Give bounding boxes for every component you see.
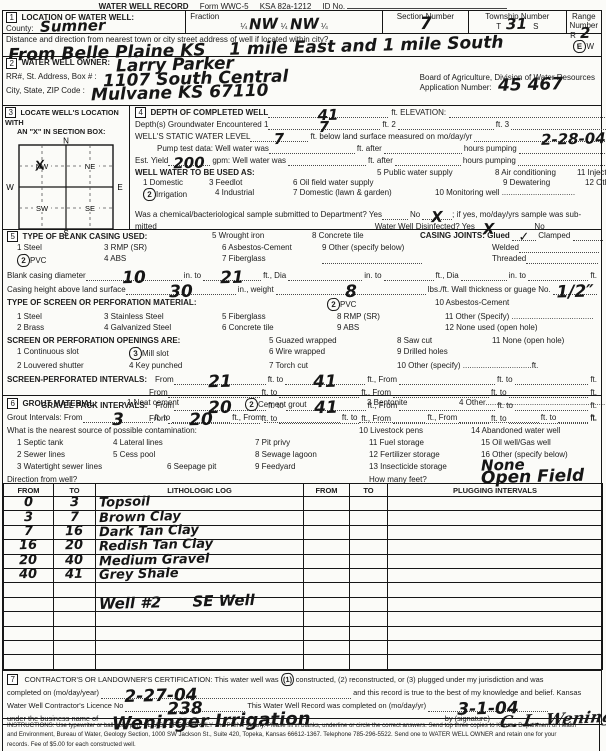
cement-circled-number: 2 [245, 398, 259, 412]
compass-n: N [63, 137, 69, 146]
screen-option-rmp[interactable]: 8 RMP (SR) [337, 312, 445, 322]
chem-sample-question: Was a chemical/bacteriological sample su… [135, 210, 382, 220]
table-row [4, 655, 603, 669]
table-row: 4041Grey Shale [4, 568, 603, 582]
gw2-label: ft. 2 [382, 120, 395, 130]
contam-option-livestock[interactable]: 10 Livestock pens [359, 426, 471, 436]
owner-city-label: City, State, ZIP Code : [6, 86, 85, 96]
openings-option-nonehole[interactable]: 11 None (open hole) [492, 336, 597, 346]
dia3-to-blank[interactable] [528, 272, 588, 281]
section-number-value[interactable]: 7 [419, 21, 431, 27]
grout-ftto2-label: ft. to [342, 413, 358, 423]
quarter-2: ¼ [281, 22, 288, 31]
table-row: 2040Medium Gravel [4, 554, 603, 568]
grout-to2-blank[interactable] [359, 414, 425, 423]
range-r: R [570, 31, 576, 40]
township-s: S [533, 22, 538, 31]
certification-line2-tail: and this record is true to the best of m… [353, 688, 581, 697]
chem-tail: ; if yes, mo/day/yrs sample was sub- [452, 210, 581, 220]
pump-pumping-label: hours pumping [464, 144, 517, 154]
threaded-blank[interactable] [526, 255, 598, 264]
contam-option-lagoon[interactable]: 8 Sewage lagoon [255, 450, 369, 460]
static-level-label: WELL'S STATIC WATER LEVEL [135, 132, 250, 142]
pump-gpm-blank[interactable] [519, 145, 606, 154]
section3-number: 3 [5, 107, 16, 118]
township-value[interactable]: 31 [505, 21, 526, 28]
yield-pumping-label: hours pumping [463, 156, 516, 166]
casing-option-abs[interactable]: 4 ABS [104, 254, 222, 267]
contam-option-seepage[interactable]: 6 Seepage pit [167, 462, 255, 473]
table-row [4, 583, 603, 597]
spi-to2-blank[interactable] [515, 376, 589, 385]
screen-option-concrete[interactable]: 6 Concrete tile [222, 323, 337, 333]
compass-w: W [6, 183, 14, 192]
grout-option-cement[interactable]: 2Cement grout [245, 398, 367, 411]
pump-test-label: Pump test data: Well water was [157, 144, 269, 154]
casing-option-other[interactable]: 9 Other (specify below) [322, 243, 430, 253]
screen-option-steel[interactable]: 1 Steel [17, 312, 104, 322]
use-option-injection[interactable]: 11 Injection well [577, 168, 606, 178]
section-certification: 7 CONTRACTOR'S OR LANDOWNER'S CERTIFICAT… [3, 670, 601, 724]
pump-depth-blank[interactable] [269, 145, 355, 154]
direction-from-well-label[interactable]: Direction from well? [7, 475, 369, 485]
openings-option-sawcut[interactable]: 8 Saw cut [397, 336, 492, 346]
gw1-value: 7 [268, 123, 380, 132]
table-row [4, 612, 603, 626]
table-row: 1620Redish Tan Clay [4, 540, 603, 554]
use-option-monitoring[interactable]: 10 Monitoring well .....................… [435, 188, 606, 201]
pump-hours-blank[interactable] [384, 145, 462, 154]
contam-option-abandoned[interactable]: 14 Abandoned water well [471, 426, 597, 436]
casing-joints-clamped-label[interactable]: Clamped [538, 231, 570, 240]
dia2-into: in. to [364, 271, 381, 281]
id-no-blank[interactable] [347, 0, 507, 9]
section7-number: 7 [7, 674, 18, 685]
grout-to-blank[interactable]: 20 [172, 414, 230, 423]
openings-option-drilled[interactable]: 9 Drilled holes [397, 347, 597, 360]
grout-ftto3-label: ft. to [541, 413, 557, 423]
openings-option-torch[interactable]: 7 Torch cut [269, 361, 397, 371]
openings-option-keypunched[interactable]: 4 Key punched [129, 361, 269, 371]
chem-no-blank[interactable]: X [422, 211, 452, 220]
compass-se[interactable]: SE [85, 204, 95, 213]
weight-value: 8 [276, 287, 426, 297]
screen-option-pvc[interactable]: 2PVC [327, 298, 435, 311]
height-value: 30 [126, 288, 236, 297]
litho-desc[interactable]: Redish Tan Clay [99, 542, 213, 551]
casing-option-pvc[interactable]: 2PVC [17, 254, 104, 267]
contam-option-lateral[interactable]: 4 Lateral lines [113, 438, 255, 448]
application-number-value[interactable]: 45 467 [498, 81, 563, 89]
height-tail: lbs./ft. Wall thickness or guage No. [428, 285, 551, 295]
screen-option-galvanized[interactable]: 4 Galvanized Steel [104, 323, 222, 333]
quarter-3: ¼ [321, 22, 328, 31]
grout-title: GROUT MATERIAL: [22, 399, 97, 408]
spi-end-ft: ft. [590, 375, 597, 385]
litho-header-from2: FROM [304, 484, 350, 497]
casing-option-asbestos[interactable]: 6 Asbestos-Cement [222, 243, 322, 253]
use-title: WELL WATER TO BE USED AS: [135, 168, 377, 178]
clamped-blank[interactable] [573, 232, 603, 241]
casing-joints-glued-label[interactable]: CASING JOINTS: Glued [420, 231, 510, 240]
grout-to-value: 20 [172, 416, 230, 424]
chem-yes-blank[interactable] [382, 211, 408, 220]
casing-other-blank[interactable] [322, 255, 422, 264]
lithologic-log-table: FROM TO LITHOLOGIC LOG FROM TO PLUGGING … [3, 483, 603, 670]
section-grout: 6GROUT MATERIAL: 1 Neat cement 2Cement g… [3, 395, 601, 483]
water-well-record-form: WATER WELL RECORD Form WWC-5 KSA 82a-121… [0, 0, 606, 751]
weight-blank[interactable]: 8 [276, 286, 426, 295]
millslot-label: Mill slot [142, 349, 169, 358]
section6-number: 6 [7, 398, 18, 409]
depth-tail: ft. ELEVATION: [391, 108, 446, 118]
table-row: 37Brown Clay [4, 511, 603, 525]
litho-desc[interactable]: Medium Gravel [99, 556, 210, 565]
diameter-to-blank[interactable]: 21 [203, 272, 261, 281]
yield-mid: gpm: Well water was [212, 156, 286, 166]
openings-option-other[interactable]: 10 Other (specify) .....................… [397, 361, 597, 371]
screen-pvc-circled-number: 2 [327, 298, 341, 312]
cement-label: Cement grout [258, 400, 306, 409]
spi-ftto2-label: ft. to [497, 375, 513, 385]
static-level-blank[interactable]: 7 [250, 133, 308, 142]
dia3-blank[interactable] [461, 272, 507, 281]
constructed-circled[interactable]: (1) [280, 672, 294, 686]
screen-option-abs[interactable]: 9 ABS [337, 323, 445, 333]
gauge-value: 1/2″ [553, 288, 597, 295]
instructions-line1: INSTRUCTIONS: Use typewriter or ball poi… [7, 721, 595, 730]
grout-intervals-label: Grout Intervals: From [7, 413, 83, 423]
yield-value: 200 [168, 159, 210, 166]
glued-blank[interactable]: ✓ [512, 232, 536, 241]
grout-from3-blank[interactable] [459, 414, 539, 423]
casing-option-concrete[interactable]: 8 Concrete tile [312, 231, 420, 242]
spi-from-value: 21 [174, 378, 266, 386]
county-value[interactable]: Sumner [40, 22, 106, 30]
gw1-blank[interactable]: 7 [268, 121, 380, 130]
yield-after-label: ft. after [368, 156, 393, 166]
dia3-ftdia: ft., Dia [436, 271, 459, 281]
groundwater-label: Depth(s) Groundwater Encountered [135, 120, 262, 130]
contam-option-sewer[interactable]: 2 Sewer lines [17, 450, 113, 460]
diameter-ftdia: ft., Dia [263, 271, 286, 281]
casing-diameter-label: Blank casing diameter [7, 271, 86, 281]
section4-number: 4 [135, 107, 146, 118]
use-option-public[interactable]: 5 Public water supply [377, 168, 495, 178]
casing-height-label: Casing height above land surface [7, 285, 126, 295]
depth-blank[interactable]: 41 [268, 109, 388, 118]
height-blank[interactable]: 30 [126, 286, 236, 295]
screen-option-none[interactable]: 12 None used (open hole) [445, 323, 597, 333]
contam-option-cesspool[interactable]: 5 Cess pool [113, 450, 255, 460]
range-west[interactable]: W [586, 42, 594, 51]
pvc-circled-number: 2 [17, 254, 31, 268]
instructions-line2: and Environment, Bureau of Water, Geolog… [7, 730, 595, 739]
pump-after-label: ft. after [357, 144, 382, 154]
table-row [4, 640, 603, 654]
yield-blank[interactable]: 200 [168, 157, 210, 166]
litho-to[interactable]: 40 [65, 558, 83, 564]
spi-to-blank[interactable]: 41 [285, 376, 365, 385]
use-option-dewatering[interactable]: 9 Dewatering [503, 178, 585, 188]
grout-ftfrom2-label: ft., From [427, 413, 457, 423]
openings-option-louvered[interactable]: 2 Louvered shutter [17, 361, 129, 371]
contam-option-septic[interactable]: 1 Septic tank [17, 438, 113, 448]
use-option-other[interactable]: 12 Other (Specify below) [585, 178, 606, 188]
chem-no-x: X [422, 214, 452, 221]
litho-from[interactable]: 20 [19, 558, 37, 564]
litho-from[interactable]: 40 [19, 572, 37, 578]
section-well-details: 3LOCATE WELL'S LOCATION WITH AN "X" IN S… [3, 105, 601, 229]
litho-to[interactable]: 7 [70, 514, 79, 520]
section-casing: 5TYPE OF BLANK CASING USED: 5 Wrought ir… [3, 229, 601, 395]
well-depth-panel: 4 DEPTH OF COMPLETED WELL 41 ft. ELEVATI… [130, 106, 606, 229]
section-box-title-2: AN "X" IN SECTION BOX: [17, 127, 105, 136]
open-field-value[interactable]: Open Field [481, 473, 584, 482]
millslot-circled-number: 3 [129, 347, 143, 361]
dia2-blank[interactable] [288, 272, 362, 281]
form-body: 1LOCATION OF WATER WELL: County: Sumner … [2, 10, 602, 725]
static-date-value: 2-28-04 [474, 133, 606, 144]
compass-e: E [117, 183, 122, 192]
litho-to[interactable]: 20 [65, 543, 83, 549]
openings-option-continuous[interactable]: 1 Continuous slot [17, 347, 129, 360]
yield-depth-blank[interactable] [288, 157, 366, 166]
contam-option-oilgas[interactable]: 15 Oil well/Gas well [481, 438, 597, 448]
diameter-to-value: 21 [203, 274, 261, 282]
litho-from[interactable]: 3 [24, 514, 33, 520]
gw2-blank[interactable] [398, 121, 494, 130]
static-date-blank[interactable]: 2-28-04 [474, 133, 606, 142]
table-row: Well #2 SE Well [4, 597, 603, 611]
litho-to[interactable]: 41 [65, 572, 83, 578]
litho-desc[interactable]: Brown Clay [99, 514, 181, 522]
contam-option-pitprivy[interactable]: 7 Pit privy [255, 438, 369, 448]
yield-gpm-blank[interactable] [518, 157, 606, 166]
openings-option-millslot[interactable]: 3Mill slot [129, 347, 269, 360]
township-t: T [496, 22, 501, 31]
screen-title: TYPE OF SCREEN OR PERFORATION MATERIAL: [7, 298, 327, 311]
quarter-1: ¼ [240, 22, 247, 31]
compass-ne[interactable]: NE [85, 162, 95, 171]
irrigation-label: Irrigation [156, 190, 187, 199]
contam-option-watertight[interactable]: 3 Watertight sewer lines [17, 462, 167, 473]
glued-check: ✓ [512, 235, 536, 242]
grout-from-value: 3 [83, 416, 153, 424]
casing-option-rmp[interactable]: 3 RMP (SR) [104, 243, 222, 253]
section-box-title-1: LOCATE WELL'S LOCATION WITH [5, 108, 119, 127]
application-number-label: Application Number: [420, 83, 492, 92]
section-owner: 2 WATER WELL OWNER: Larry Parker RR#, St… [3, 56, 601, 105]
litho-to[interactable]: 3 [70, 500, 79, 506]
county-label: County: [6, 24, 34, 33]
range-east-circled[interactable]: E [573, 40, 587, 54]
casing-option-steel[interactable]: 1 Steel [17, 243, 104, 253]
section1-number: 1 [6, 12, 17, 23]
grout-ftto-label: ft. to [155, 413, 171, 423]
openings-option-wire[interactable]: 6 Wire wrapped [269, 347, 397, 360]
elevation-blank[interactable] [449, 109, 606, 118]
contam-option-fuel[interactable]: 11 Fuel storage [369, 438, 481, 448]
litho-from[interactable]: 16 [19, 543, 37, 549]
gw3-label: ft. 3 [496, 120, 509, 130]
litho-header-to2: TO [350, 484, 388, 497]
screen-option-other[interactable]: 11 Other (Specify) .....................… [445, 312, 597, 322]
casing-joints-threaded-label[interactable]: Threaded [492, 254, 526, 263]
casing-option-fiberglass[interactable]: 7 Fiberglass [222, 254, 322, 267]
use-option-feedlot[interactable]: 3 Feedlot [209, 178, 293, 188]
screen-option-stainless[interactable]: 3 Stainless Steel [104, 312, 222, 322]
screen-option-brass[interactable]: 2 Brass [17, 323, 104, 333]
contam-option-fertilizer[interactable]: 12 Fertilizer storage [369, 450, 481, 460]
screen-perforated-label: SCREEN-PERFORATED INTERVALS: [7, 375, 147, 385]
casing-joints-row: CASING JOINTS: Glued ✓ Clamped [420, 231, 603, 242]
contam-option-feedyard[interactable]: 9 Feedyard [255, 462, 369, 473]
fraction-value-1[interactable]: NW [249, 21, 278, 28]
contamination-label: What is the nearest source of possible c… [7, 426, 359, 436]
how-many-feet-label[interactable]: How many feet? [369, 475, 481, 485]
fraction-label: Fraction [190, 12, 377, 21]
dia3-into: in. to [509, 271, 526, 281]
chem-no-label: No [410, 210, 420, 220]
grout-ftfrom-label: ft., From [232, 413, 262, 423]
owner-city-value[interactable]: Mulvane KS 67110 [91, 88, 269, 99]
diameter-blank[interactable]: 10 [86, 272, 182, 281]
grout-option-other[interactable]: 4 Other.................................… [459, 398, 606, 411]
dia2-to-blank[interactable] [384, 272, 434, 281]
litho-from[interactable]: 7 [24, 529, 33, 535]
welded-blank[interactable] [519, 244, 599, 253]
section2-number: 2 [6, 58, 17, 69]
litho-desc[interactable]: Dark Tan Clay [99, 528, 199, 537]
spi-from-blank[interactable]: 21 [174, 376, 266, 385]
instructions-footer: INSTRUCTIONS: Use typewriter or ball poi… [2, 718, 600, 751]
grout-end-ft: ft. [590, 413, 597, 423]
static-level-value: 7 [250, 135, 308, 143]
litho-desc[interactable]: Topsoil [99, 500, 150, 507]
use-option-oilfield[interactable]: 6 Oil field water supply [293, 178, 503, 188]
compass-sw[interactable]: SW [36, 204, 49, 213]
certification-line1: CONTRACTOR'S OR LANDOWNER'S CERTIFICATIO… [25, 675, 279, 684]
spi-from2-blank[interactable] [399, 376, 495, 385]
grout-from-blank[interactable]: 3 [83, 414, 153, 423]
pvc-label: PVC [30, 256, 46, 265]
diameter-into: in. to [184, 271, 201, 281]
casing-joints-welded-label[interactable]: Welded [492, 243, 519, 252]
litho-from[interactable]: 0 [24, 500, 33, 506]
grout-option-neat[interactable]: 1 Neat cement [127, 398, 245, 411]
table-row: 716Dark Tan Clay [4, 525, 603, 539]
instructions-line3: records. Fee of $5.00 for each construct… [7, 740, 595, 749]
casing-title: TYPE OF BLANK CASING USED: [22, 232, 147, 241]
fraction-value-2[interactable]: NW [290, 21, 319, 28]
range-value[interactable]: 2 [580, 30, 591, 36]
spi-ftfrom-label: ft., From [367, 375, 397, 385]
static-level-mid: ft. below land surface measured on mo/da… [310, 132, 472, 142]
owner-address-label: RR#, St. Address, Box # : [6, 72, 97, 82]
owner-title: WATER WELL OWNER: [21, 58, 110, 68]
openings-title: SCREEN OR PERFORATION OPENINGS ARE: [7, 336, 269, 346]
casing-option-wrought[interactable]: 5 Wrought iron [212, 231, 312, 242]
completed-on-blank[interactable]: 2-27-04 [101, 690, 351, 699]
depth-label: DEPTH OF COMPLETED WELL [150, 108, 268, 118]
use-option-irrigation[interactable]: 2Irrigation [143, 188, 215, 201]
litho-desc[interactable]: Grey Shale [99, 571, 179, 579]
well-note[interactable]: Well #2 SE Well [99, 597, 255, 607]
grout-from2-blank[interactable] [264, 414, 340, 423]
spi-to-value: 41 [285, 378, 365, 386]
table-row: 03Topsoil [4, 497, 603, 511]
table-row [4, 626, 603, 640]
yield-label: Est. Yield [135, 156, 168, 166]
certification-line1-mid: constructed, (2) reconstructed, or (3) p… [296, 675, 544, 684]
openings-option-guazed[interactable]: 5 Guazed wrapped [269, 336, 397, 346]
use-option-lawn[interactable]: 7 Domestic (lawn & garden) [293, 188, 435, 201]
litho-to[interactable]: 16 [65, 529, 83, 535]
section-compass-box[interactable]: N S W E NW NE SW SE X [5, 137, 127, 237]
section-location: 1LOCATION OF WATER WELL: County: Sumner … [3, 11, 601, 56]
gauge-blank[interactable]: 1/2″ [553, 286, 597, 295]
grout-option-bentonite[interactable]: 3 Bentonite [367, 398, 459, 411]
diameter-value: 10 [86, 274, 182, 283]
spi-ftto-label: ft. to [268, 375, 284, 385]
screen-option-fiberglass[interactable]: 5 Fiberglass [222, 312, 337, 322]
use-option-industrial[interactable]: 4 Industrial [215, 188, 293, 201]
irrigation-circled-number: 2 [143, 188, 157, 202]
section5-number: 5 [7, 231, 18, 242]
diameter-end-ft: ft. [590, 271, 597, 281]
yield-hours-blank[interactable] [395, 157, 461, 166]
contam-option-insecticide[interactable]: 13 Insecticide storage [369, 462, 481, 473]
use-option-aircond[interactable]: 8 Air conditioning [495, 168, 577, 178]
spi-from-label: From [155, 375, 174, 385]
use-option-domestic[interactable]: 1 Domestic [143, 178, 209, 188]
section-box-panel: 3LOCATE WELL'S LOCATION WITH AN "X" IN S… [3, 106, 130, 229]
grout-to3-blank[interactable] [558, 414, 588, 423]
